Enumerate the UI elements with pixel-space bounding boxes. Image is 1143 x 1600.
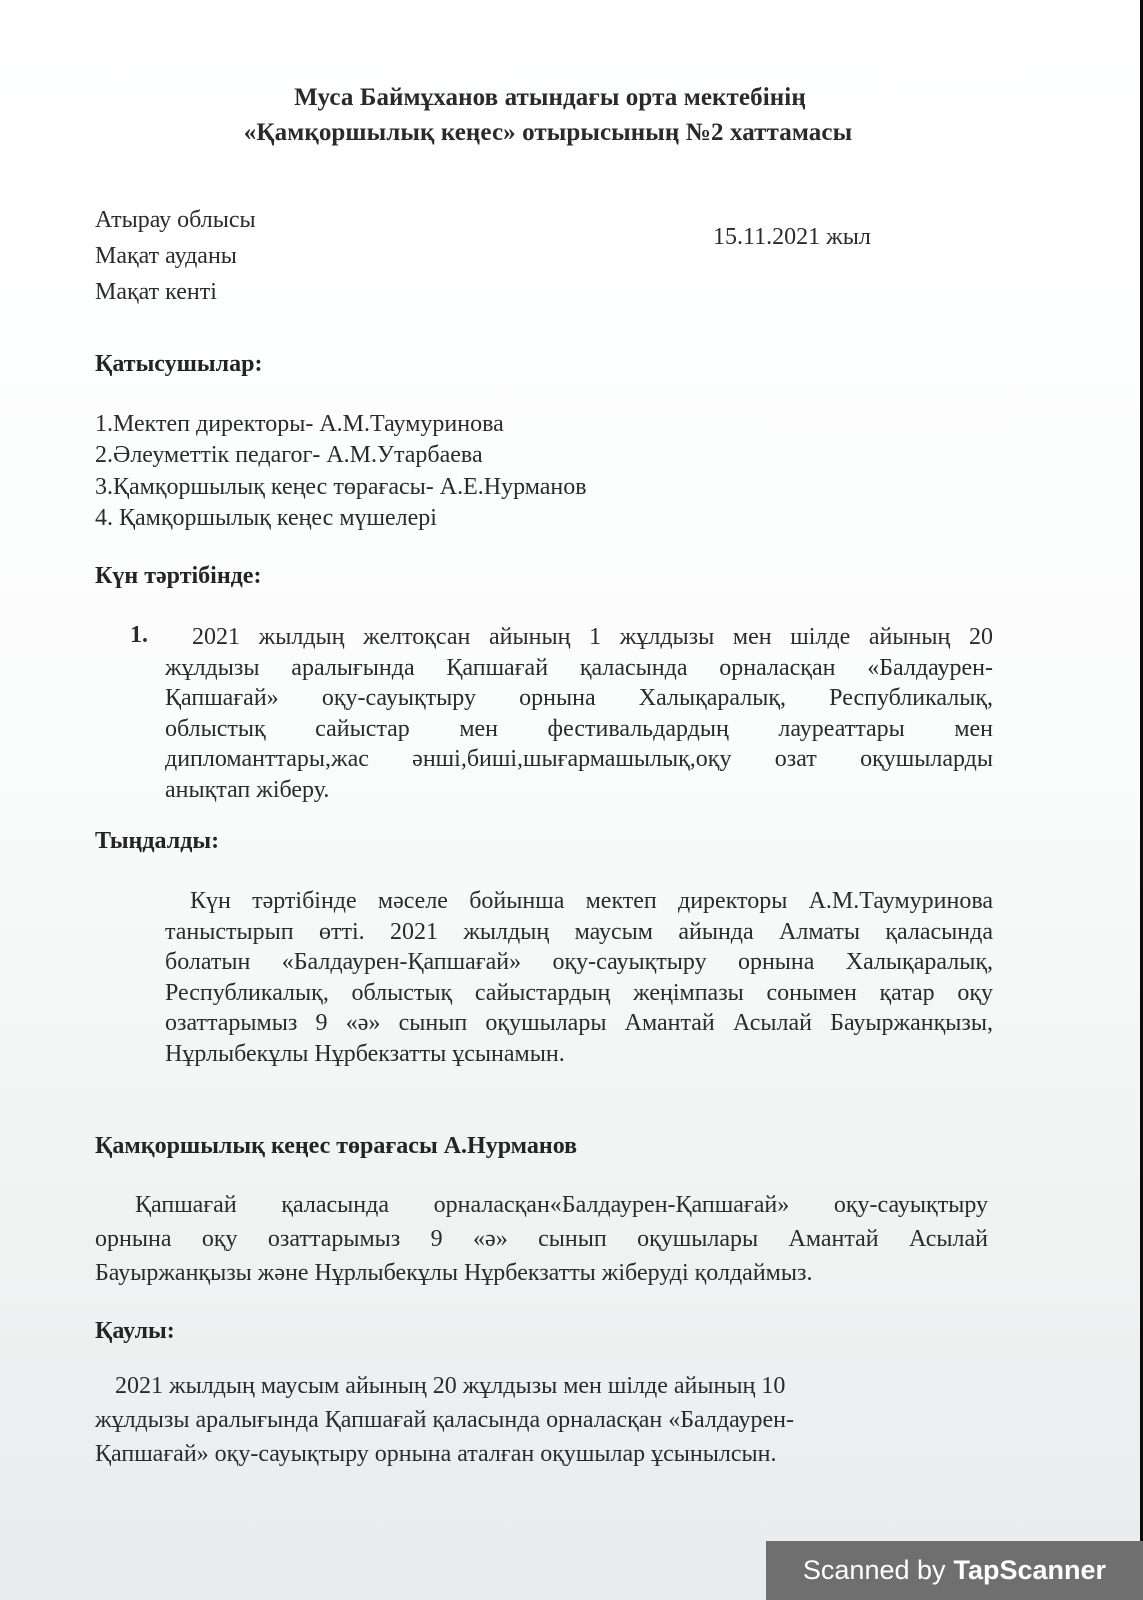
agenda-line: 2021 жылдың желтоқсан айының 1 жұлдызы м… xyxy=(165,622,993,653)
watermark-prefix: Scanned by xyxy=(803,1555,946,1586)
chairman-line: орнына оқу озаттарымыз 9 «ә» сынып оқушы… xyxy=(95,1222,988,1256)
participant-item: 3.Қамқоршылық кеңес төрағасы- А.Е.Нурман… xyxy=(95,474,587,501)
participant-item: 1.Мектеп директоры- А.М.Таумуринова xyxy=(95,411,504,438)
agenda-item-text: 2021 жылдың желтоқсан айының 1 жұлдызы м… xyxy=(165,622,993,805)
heard-line: озаттарымыз 9 «ә» сынып оқушылары Аманта… xyxy=(165,1008,993,1039)
document-date: 15.11.2021 жыл xyxy=(713,224,871,251)
participant-item: 4. Қамқоршылық кеңес мүшелері xyxy=(95,505,437,532)
agenda-line: облыстық сайыстар мен фестивальдардың ла… xyxy=(165,714,993,745)
agenda-line: дипломанттары,жас әнші,биші,шығармашылық… xyxy=(165,744,993,775)
chairman-heading: Қамқоршылық кеңес төрағасы А.Нурманов xyxy=(95,1133,577,1160)
agenda-line: Қапшағай» оқу-сауықтыру орнына Халықарал… xyxy=(165,683,993,714)
chairman-line: Бауыржанқызы және Нұрлыбекұлы Нұрбекзатт… xyxy=(95,1256,988,1290)
location-region: Атырау облысы xyxy=(95,207,256,234)
document-title-line-1: Муса Баймұханов атындағы орта мектебінің xyxy=(0,84,1100,112)
resolution-line: жұлдызы аралығында Қапшағай қаласында ор… xyxy=(95,1407,794,1434)
resolution-line: 2021 жылдың маусым айының 20 жұлдызы мен… xyxy=(115,1373,785,1400)
heard-heading: Тыңдалды: xyxy=(95,828,219,855)
agenda-heading: Күн тәртібінде: xyxy=(95,563,261,590)
tapscanner-watermark: Scanned by TapScanner xyxy=(766,1541,1143,1600)
location-village: Мақат кенті xyxy=(95,279,217,306)
resolution-line: Қапшағай» оқу-сауықтыру орнына аталған о… xyxy=(95,1441,776,1468)
scanned-page: Муса Баймұханов атындағы орта мектебінің… xyxy=(0,0,1140,1600)
document-title-line-2: «Қамқоршылық кеңес» отырысының №2 хаттам… xyxy=(0,119,1108,147)
participants-heading: Қатысушылар: xyxy=(95,351,262,378)
heard-line: таныстырып өтті. 2021 жылдың маусым айын… xyxy=(165,917,993,948)
resolution-heading: Қаулы: xyxy=(95,1318,175,1345)
participant-item: 2.Әлеуметтік педагог- А.М.Утарбаева xyxy=(95,442,483,469)
heard-text: Күн тәртібінде мәселе бойынша мектеп дир… xyxy=(165,886,993,1069)
heard-line: Күн тәртібінде мәселе бойынша мектеп дир… xyxy=(165,886,993,917)
heard-line: Республикалық, облыстық сайыстардың жеңі… xyxy=(165,978,993,1009)
chairman-text: Қапшағай қаласында орналасқан«Балдаурен-… xyxy=(95,1188,988,1290)
heard-line: Нұрлыбекұлы Нұрбекзатты ұсынамын. xyxy=(165,1039,993,1070)
agenda-line: жұлдызы аралығында Қапшағай қаласында ор… xyxy=(165,653,993,684)
location-district: Мақат ауданы xyxy=(95,243,237,270)
agenda-line: анықтап жіберу. xyxy=(165,775,993,806)
heard-line: болатын «Балдаурен-Қапшағай» оқу-сауықты… xyxy=(165,947,993,978)
watermark-brand: TapScanner xyxy=(954,1555,1107,1586)
chairman-line: Қапшағай қаласында орналасқан«Балдаурен-… xyxy=(95,1188,988,1222)
agenda-item-number: 1. xyxy=(130,622,148,649)
